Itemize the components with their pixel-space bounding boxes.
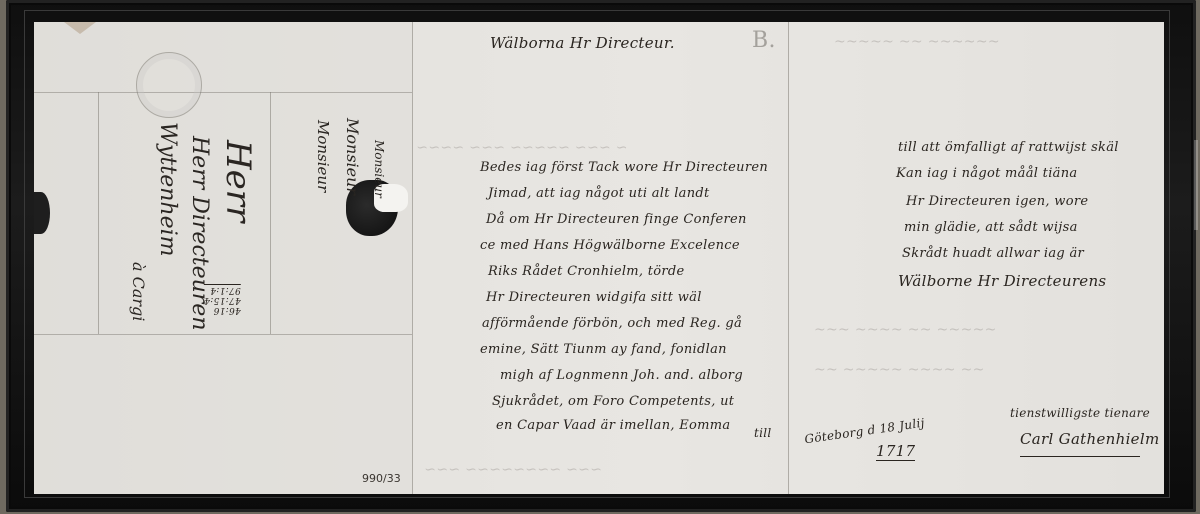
letter-line: Då om Hr Directeuren finge Conferen <box>486 212 747 227</box>
letter-line: Wälborne Hr Directeurens <box>898 272 1106 290</box>
monsieur-text: Monsieur <box>372 140 386 198</box>
letter-line: migh af Lognmenn Joh. and. alborg <box>500 368 743 383</box>
letter-line: Jimad, att iag något uti alt landt <box>488 186 710 201</box>
salutation: Wälborna Hr Directeur. <box>490 34 675 52</box>
bleed-through-text: ~~~ ~~~~ ~~ ~~~~~ <box>814 322 997 338</box>
letter-line: Hr Directeuren igen, wore <box>906 194 1088 209</box>
letter-year: 1717 <box>876 442 915 461</box>
bleed-through-text: ~~ ~~~~~ ~~~~ ~~ <box>814 362 985 378</box>
fold-line <box>34 334 412 335</box>
signature-flourish <box>1020 456 1140 457</box>
inventory-number: 990/33 <box>362 472 401 485</box>
fold-line <box>34 92 412 93</box>
letter-line: Kan iag i något måål tiäna <box>896 166 1077 181</box>
arithmetic-note: 46:16 47:15:4 97:1:4 <box>204 284 241 315</box>
bleed-through-text: ~~~~~ ~~ ~~~~~~ <box>834 34 1000 50</box>
framed-letter: Herr Herr Directeuren Wyttenheim à Cargi… <box>34 22 1164 494</box>
addressee-line: Wyttenheim <box>155 122 180 257</box>
fold-line <box>412 22 413 494</box>
postal-stamp-icon <box>136 52 202 118</box>
letter-line: Riks Rådet Cronhielm, törde <box>488 264 685 279</box>
letter-line: till att ömfalligt af rattwijst skäl <box>898 140 1119 155</box>
letter-line: Hr Directeuren widgifa sitt wäl <box>486 290 702 305</box>
signature: Carl Gathenhielm <box>1020 430 1159 448</box>
letter-line: min glädie, att sådt wijsa <box>904 220 1078 235</box>
page-mark: B. <box>752 28 776 53</box>
bleed-through-text: ~ ~~~ ~~~~~ ~~~ ~~~~ <box>416 140 628 156</box>
letter-line: Sjukrådet, om Foro Competents, ut <box>492 394 734 409</box>
letter-line: Skrådt huadt allwar iag är <box>902 246 1084 261</box>
letter-line: till <box>754 426 772 440</box>
monsieur-text: Monsieur <box>314 120 332 192</box>
fold-line <box>270 92 271 334</box>
frame-glare <box>1194 140 1198 230</box>
addressee-line: à Cargi <box>129 262 148 321</box>
letter-line: en Capar Vaad är imellan, Eomma <box>496 418 730 433</box>
fold-line <box>788 22 789 494</box>
letter-line: ce med Hans Högwälborne Excelence <box>480 238 740 253</box>
bleed-through-text: ~~~ ~~~~~~~~ ~~~ <box>424 462 602 478</box>
letter-line: Bedes iag först Tack wore Hr Directeuren <box>480 160 768 175</box>
letter-line: emine, Sätt Tiunm ay fand, fonidlan <box>480 342 727 357</box>
addressee-title: Herr <box>218 140 258 222</box>
fold-line <box>98 92 99 334</box>
letter-line: afförmående förbön, och med Reg. gå <box>482 316 742 331</box>
monsieur-text: Monsieur <box>343 118 362 195</box>
closing-phrase: tienstwilligste tienare <box>1010 406 1150 420</box>
